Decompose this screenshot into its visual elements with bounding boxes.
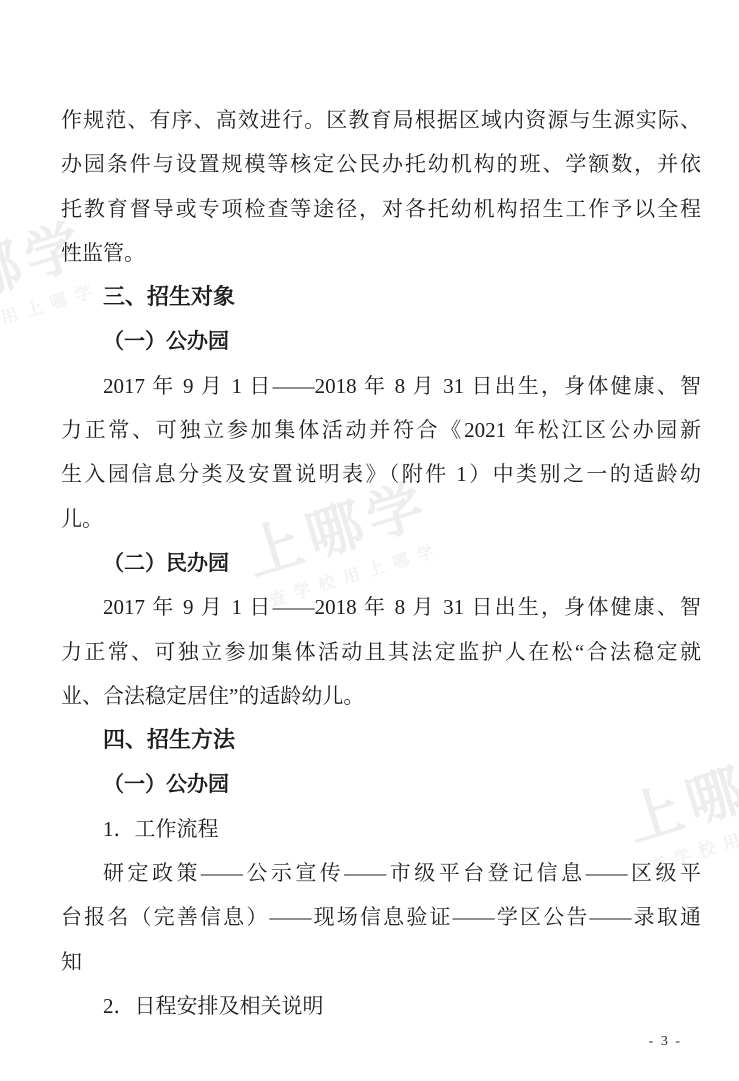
text-line: 2．日程安排及相关说明 <box>61 984 701 1028</box>
text-line: 力正常、可独立参加集体活动并符合《2021 年松江区公办园新 <box>61 408 701 452</box>
text-line: 生入园信息分类及安置说明表》（附件 1）中类别之一的适龄幼 <box>61 452 701 496</box>
document-body: 作规范、有序、高效进行。区教育局根据区域内资源与生源实际、办园条件与设置规模等核… <box>61 98 701 1028</box>
text-line: 知 <box>61 940 701 984</box>
section-heading: 四、招生方法 <box>61 718 701 762</box>
subsection-heading: （二）民办园 <box>61 541 701 585</box>
text-line: （一）公办园 <box>61 319 701 363</box>
paragraph: 1．工作流程 <box>61 807 701 851</box>
text-line: 四、招生方法 <box>61 718 701 762</box>
text-line: （二）民办园 <box>61 541 701 585</box>
text-line: 托教育督导或专项检查等途径，对各托幼机构招生工作予以全程 <box>61 187 701 231</box>
text-line: 2017 年 9 月 1 日——2018 年 8 月 31 日出生，身体健康、智 <box>61 585 701 629</box>
text-line: 台报名（完善信息）——现场信息验证——学区公告——录取通 <box>61 895 701 939</box>
document-page: 上哪学 查 学 校 用 上 哪 学 上哪学 查 学 校 用 上 哪 学 上哪学 … <box>0 0 739 1081</box>
paragraph: 研定政策——公示宣传——市级平台登记信息——区级平台报名（完善信息）——现场信息… <box>61 851 701 984</box>
text-line: 办园条件与设置规模等核定公民办托幼机构的班、学额数，并依 <box>61 142 701 186</box>
text-line: 力正常、可独立参加集体活动且其法定监护人在松“合法稳定就 <box>61 630 701 674</box>
section-heading: 三、招生对象 <box>61 275 701 319</box>
subsection-heading: （一）公办园 <box>61 762 701 806</box>
text-line: 性监管。 <box>61 231 701 275</box>
text-line: 2017 年 9 月 1 日——2018 年 8 月 31 日出生，身体健康、智 <box>61 364 701 408</box>
text-line: 作规范、有序、高效进行。区教育局根据区域内资源与生源实际、 <box>61 98 701 142</box>
text-line: （一）公办园 <box>61 762 701 806</box>
text-line: 1．工作流程 <box>61 807 701 851</box>
subsection-heading: （一）公办园 <box>61 319 701 363</box>
text-line: 研定政策——公示宣传——市级平台登记信息——区级平 <box>61 851 701 895</box>
paragraph: 2．日程安排及相关说明 <box>61 984 701 1028</box>
paragraph: 2017 年 9 月 1 日——2018 年 8 月 31 日出生，身体健康、智… <box>61 585 701 718</box>
text-line: 三、招生对象 <box>61 275 701 319</box>
page-number: - 3 - <box>649 1034 682 1050</box>
paragraph: 作规范、有序、高效进行。区教育局根据区域内资源与生源实际、办园条件与设置规模等核… <box>61 98 701 275</box>
text-line: 业、合法稳定居住”的适龄幼儿。 <box>61 674 701 718</box>
text-line: 儿。 <box>61 497 701 541</box>
paragraph: 2017 年 9 月 1 日——2018 年 8 月 31 日出生，身体健康、智… <box>61 364 701 541</box>
